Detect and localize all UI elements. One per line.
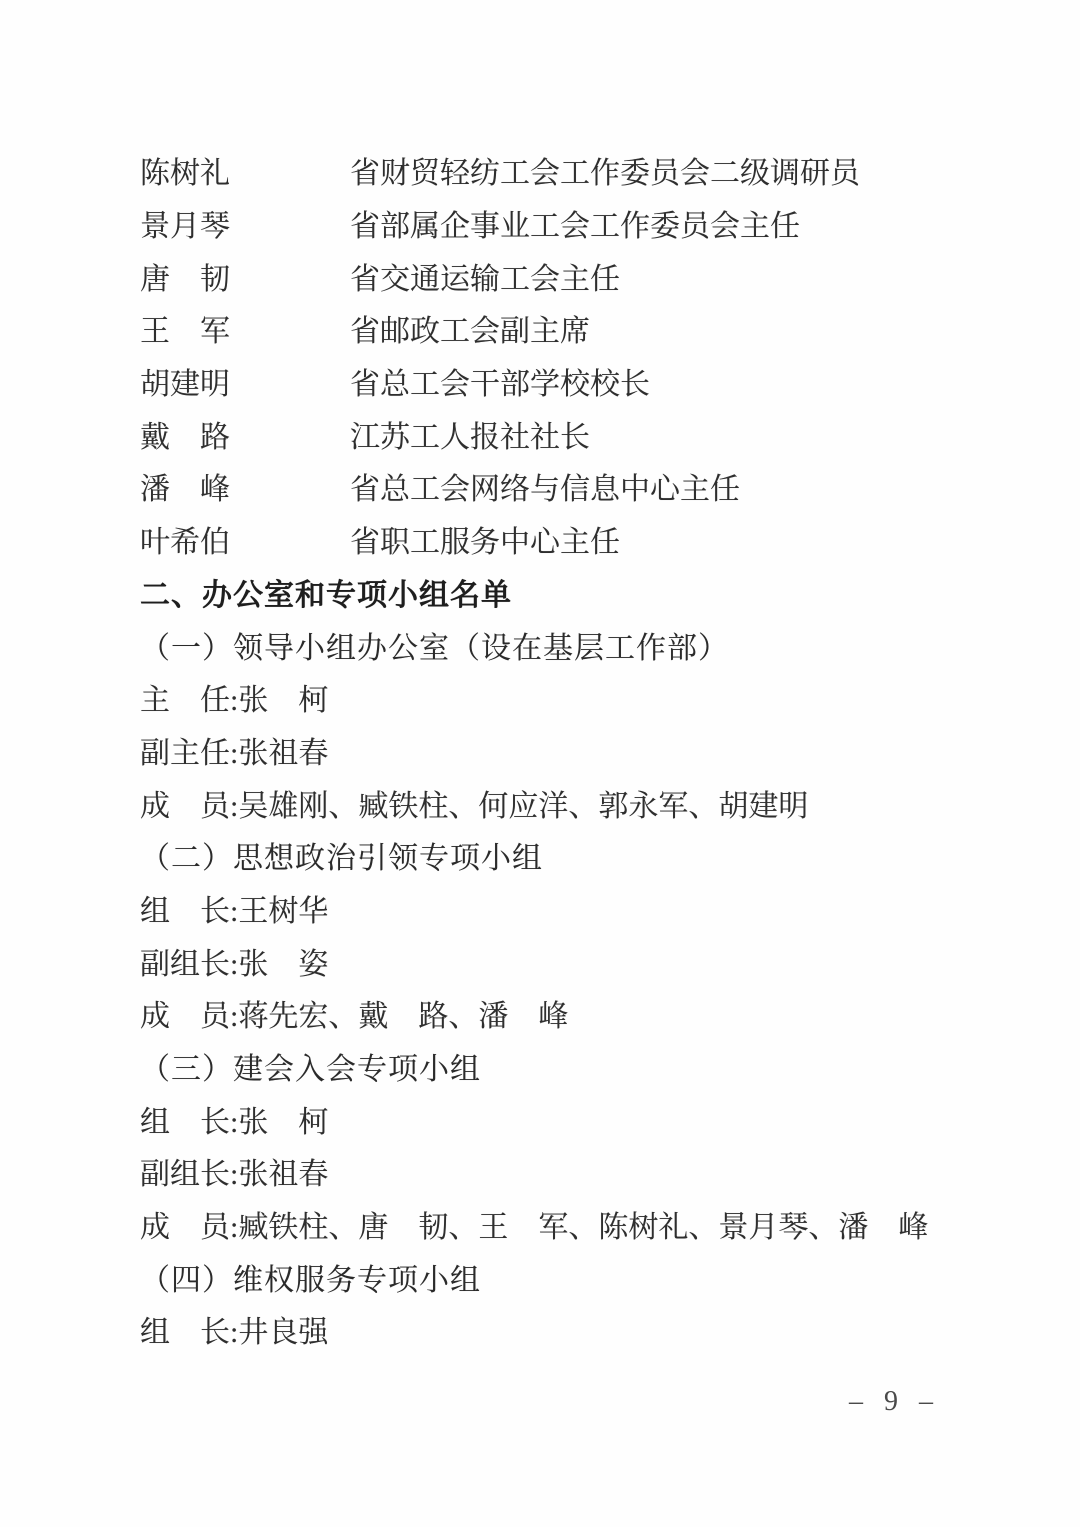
group-heading-4: （四）维权服务专项小组 [140,1250,1030,1303]
member-title: 省部属企事业工会工作委员会主任 [350,201,800,245]
member-row: 景月琴 省部属企事业工会工作委员会主任 [140,197,1030,250]
member-title: 省交通运输工会主任 [350,254,620,298]
role-value: 井良强 [238,1307,328,1351]
member-name: 戴 路 [140,412,350,456]
role-label: 副组长: [140,1149,238,1193]
role-value: 张 柯 [238,675,328,719]
role-row: 组 长:张 柯 [140,1092,1030,1145]
role-row: 组 长:王树华 [140,882,1030,935]
role-label: 成 员: [140,991,238,1035]
role-value: 吴雄刚、臧铁柱、何应洋、郭永军、胡建明 [238,781,808,825]
role-row: 组 长:井良强 [140,1303,1030,1356]
role-row: 成 员:蒋先宏、戴 路、潘 峰 [140,987,1030,1040]
group-heading-1: （一）领导小组办公室（设在基层工作部） [140,618,1030,671]
role-label: 组 长: [140,886,238,930]
role-value: 张祖春 [238,1149,328,1193]
role-label: 成 员: [140,1202,238,1246]
role-value: 张 姿 [238,939,328,983]
role-label: 副组长: [140,939,238,983]
member-title: 江苏工人报社社长 [350,412,590,456]
role-value: 张 柯 [238,1097,328,1141]
member-title: 省财贸轻纺工会工作委员会二级调研员 [350,148,860,192]
role-label: 组 长: [140,1307,238,1351]
member-row: 叶希伯 省职工服务中心主任 [140,513,1030,566]
role-value: 臧铁柱、唐 韧、王 军、陈树礼、景月琴、潘 峰 [238,1202,928,1246]
role-value: 蒋先宏、戴 路、潘 峰 [238,991,568,1035]
document-body: 陈树礼 省财贸轻纺工会工作委员会二级调研员 景月琴 省部属企事业工会工作委员会主… [140,144,1030,1356]
role-label: 成 员: [140,781,238,825]
role-label: 组 长: [140,1097,238,1141]
member-name: 唐 韧 [140,254,350,298]
section-heading: 二、办公室和专项小组名单 [140,566,1030,619]
member-name: 潘 峰 [140,464,350,508]
member-title: 省总工会干部学校校长 [350,359,650,403]
page-number: – 9 – [849,1386,936,1418]
role-row: 成 员:吴雄刚、臧铁柱、何应洋、郭永军、胡建明 [140,776,1030,829]
role-row: 主 任:张 柯 [140,671,1030,724]
role-row: 成 员:臧铁柱、唐 韧、王 军、陈树礼、景月琴、潘 峰 [140,1198,1030,1251]
member-name: 王 军 [140,306,350,350]
member-title: 省总工会网络与信息中心主任 [350,464,740,508]
member-row: 胡建明 省总工会干部学校校长 [140,355,1030,408]
member-name: 叶希伯 [140,517,350,561]
member-title: 省职工服务中心主任 [350,517,620,561]
role-row: 副组长:张祖春 [140,1145,1030,1198]
role-row: 副组长:张 姿 [140,934,1030,987]
group-heading-2: （二）思想政治引领专项小组 [140,829,1030,882]
member-row: 戴 路 江苏工人报社社长 [140,407,1030,460]
member-row: 潘 峰 省总工会网络与信息中心主任 [140,460,1030,513]
member-row: 陈树礼 省财贸轻纺工会工作委员会二级调研员 [140,144,1030,197]
document-page: 陈树礼 省财贸轻纺工会工作委员会二级调研员 景月琴 省部属企事业工会工作委员会主… [0,0,1080,1527]
member-name: 胡建明 [140,359,350,403]
role-value: 张祖春 [238,728,328,772]
role-label: 主 任: [140,675,238,719]
group-heading-3: （三）建会入会专项小组 [140,1040,1030,1093]
member-title: 省邮政工会副主席 [350,306,590,350]
member-row: 唐 韧 省交通运输工会主任 [140,249,1030,302]
member-row: 王 军 省邮政工会副主席 [140,302,1030,355]
member-name: 陈树礼 [140,148,350,192]
role-row: 副主任:张祖春 [140,724,1030,777]
role-label: 副主任: [140,728,238,772]
role-value: 王树华 [238,886,328,930]
member-name: 景月琴 [140,201,350,245]
